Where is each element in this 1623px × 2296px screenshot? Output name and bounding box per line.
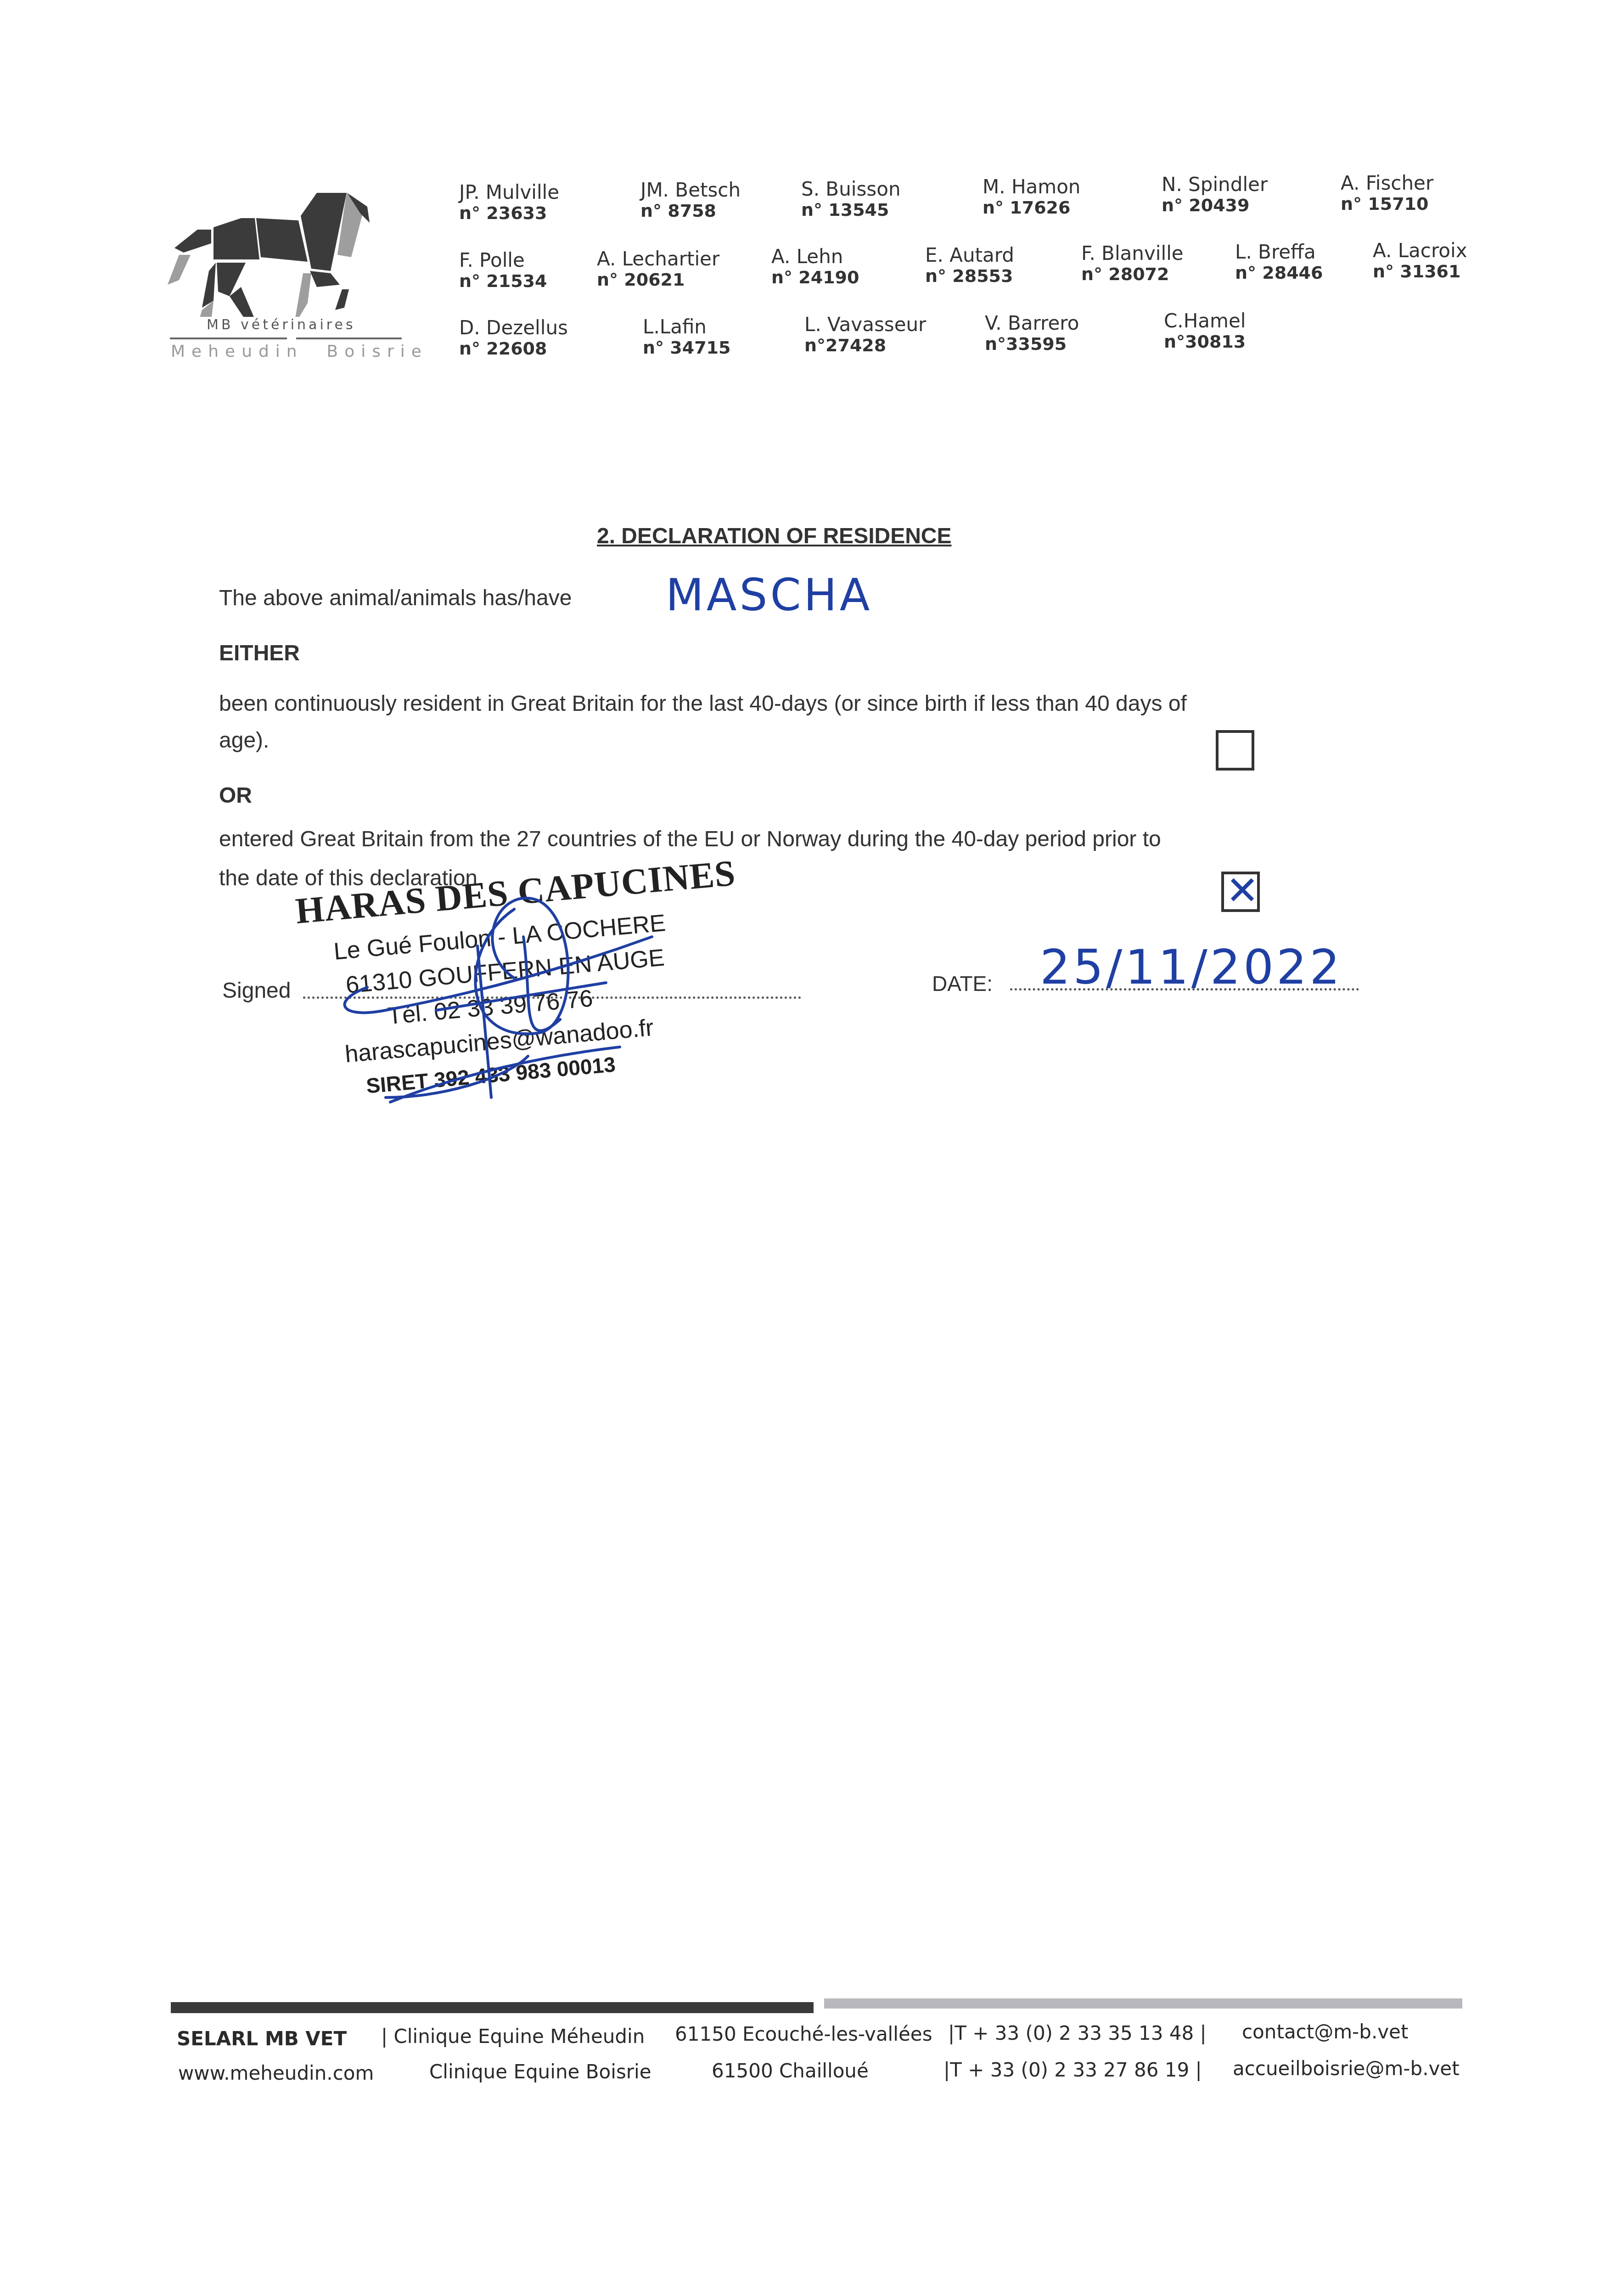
vet-name: S. Buisson xyxy=(801,178,901,200)
vet-name: L. Vavasseur xyxy=(804,314,926,336)
either-label: EITHER xyxy=(219,641,300,666)
option2-text-line1: entered Great Britain from the 27 countr… xyxy=(219,827,1161,852)
vet-name: JM. Betsch xyxy=(640,179,741,201)
footer-company: SELARL MB VET xyxy=(177,2027,347,2050)
footer-phone-boisrie: |T + 33 (0) 2 33 27 86 19 | xyxy=(943,2059,1202,2081)
vet-name: F. Blanville xyxy=(1081,242,1184,264)
vet-name: A. Fischer xyxy=(1341,172,1433,194)
logo-divider xyxy=(170,338,287,339)
vet-number: n° 17626 xyxy=(983,198,1081,218)
vet-number: n° 13545 xyxy=(801,200,901,220)
vet-number: n° 20621 xyxy=(597,270,719,290)
vet-entry: E. Autardn° 28553 xyxy=(925,244,1014,287)
vet-name: C.Hamel xyxy=(1164,310,1246,332)
vet-number: n° 21534 xyxy=(459,271,547,292)
logo-brand-text: MB vétérinaires xyxy=(207,317,356,333)
footer-city-meheudin: 61150 Ecouché-les-vallées xyxy=(675,2023,932,2045)
vet-entry: F. Blanvillen° 28072 xyxy=(1081,242,1184,285)
vet-entry: F. Pollen° 21534 xyxy=(459,249,547,292)
footer-city-boisrie: 61500 Chailloué xyxy=(712,2060,869,2082)
vet-name: D. Dezellus xyxy=(459,317,568,339)
vet-number: n°33595 xyxy=(985,334,1079,355)
vet-number: n° 24190 xyxy=(771,268,859,288)
option1-text-line1: been continuously resident in Great Brit… xyxy=(219,691,1187,716)
vet-number: n° 28072 xyxy=(1081,264,1184,285)
option2-checkbox-checked[interactable] xyxy=(1221,872,1260,912)
logo-site-boisrie: Boisrie xyxy=(327,342,428,361)
footer-clinic-boisrie: Clinique Equine Boisrie xyxy=(429,2060,651,2083)
vet-entry: A. Fischern° 15710 xyxy=(1341,172,1433,214)
vet-entry: L. Breffan° 28446 xyxy=(1235,241,1323,283)
vet-number: n° 8758 xyxy=(640,201,741,221)
animal-name-handwritten: MASCHA xyxy=(666,569,872,621)
vet-number: n° 22608 xyxy=(459,339,568,359)
vet-entry: JM. Betschn° 8758 xyxy=(640,179,741,221)
horse-icon xyxy=(165,179,413,317)
vet-number: n°30813 xyxy=(1164,332,1246,352)
intro-text: The above animal/animals has/have xyxy=(219,585,572,611)
option1-checkbox[interactable] xyxy=(1216,730,1254,771)
vet-number: n° 34715 xyxy=(643,338,730,358)
vet-number: n° 28446 xyxy=(1235,263,1323,283)
vet-entry: S. Buissonn° 13545 xyxy=(801,178,901,220)
signed-label: Signed xyxy=(222,978,291,1003)
footer-email-contact[interactable]: contact@m-b.vet xyxy=(1242,2020,1408,2043)
vet-number: n° 28553 xyxy=(925,266,1014,287)
logo-sites-text: Meheudin Boisrie xyxy=(171,342,428,361)
vet-entry: C.Hameln°30813 xyxy=(1164,310,1246,352)
vet-name: A. Lehn xyxy=(771,246,859,268)
vet-number: n°27428 xyxy=(804,336,926,356)
signature-scribble-icon xyxy=(321,882,735,1120)
vet-number: n° 20439 xyxy=(1162,196,1268,216)
section-title: 2. DECLARATION OF RESIDENCE xyxy=(597,523,952,549)
vet-entry: N. Spindlern° 20439 xyxy=(1162,174,1268,216)
vet-name: M. Hamon xyxy=(983,176,1081,198)
vet-name: A. Lechartier xyxy=(597,248,719,270)
logo-divider xyxy=(296,338,402,339)
vet-name: F. Polle xyxy=(459,249,547,271)
vet-number: n° 31361 xyxy=(1373,262,1467,282)
vet-number: n° 15710 xyxy=(1341,194,1433,214)
footer-clinic-meheudin: | Clinique Equine Méheudin xyxy=(381,2025,645,2048)
vet-entry: V. Barreron°33595 xyxy=(985,312,1079,355)
vet-entry: A. Lacroixn° 31361 xyxy=(1373,240,1467,282)
vet-number: n° 23633 xyxy=(459,203,559,224)
vet-entry: M. Hamonn° 17626 xyxy=(983,176,1081,218)
vet-name: E. Autard xyxy=(925,244,1014,266)
vet-entry: L. Vavasseurn°27428 xyxy=(804,314,926,356)
vet-entry: JP. Mulvillen° 23633 xyxy=(459,181,559,224)
footer-website[interactable]: www.meheudin.com xyxy=(178,2062,374,2084)
vet-entry: A. Lechartiern° 20621 xyxy=(597,248,719,290)
option1-text-line2: age). xyxy=(219,728,269,753)
vet-entry: D. Dezellusn° 22608 xyxy=(459,317,568,359)
vet-name: V. Barrero xyxy=(985,312,1079,334)
footer-divider-light xyxy=(824,1998,1462,2009)
logo-site-meheudin: Meheudin xyxy=(171,342,303,361)
date-label: DATE: xyxy=(932,971,993,996)
vet-entry: L.Lafinn° 34715 xyxy=(643,316,730,358)
vet-entry: A. Lehnn° 24190 xyxy=(771,246,859,288)
clinic-logo: MB vétérinaires Meheudin Boisrie xyxy=(165,179,413,372)
date-handwritten: 25/11/2022 xyxy=(1040,939,1342,995)
vet-name: L.Lafin xyxy=(643,316,730,338)
footer-email-boisrie[interactable]: accueilboisrie@m-b.vet xyxy=(1233,2057,1460,2080)
footer-divider-dark xyxy=(171,2002,814,2013)
footer-phone-meheudin: |T + 33 (0) 2 33 35 13 48 | xyxy=(948,2022,1207,2044)
vet-name: N. Spindler xyxy=(1162,174,1268,196)
vet-name: A. Lacroix xyxy=(1373,240,1467,262)
vet-name: JP. Mulville xyxy=(459,181,559,203)
vet-name: L. Breffa xyxy=(1235,241,1323,263)
or-label: OR xyxy=(219,783,252,808)
